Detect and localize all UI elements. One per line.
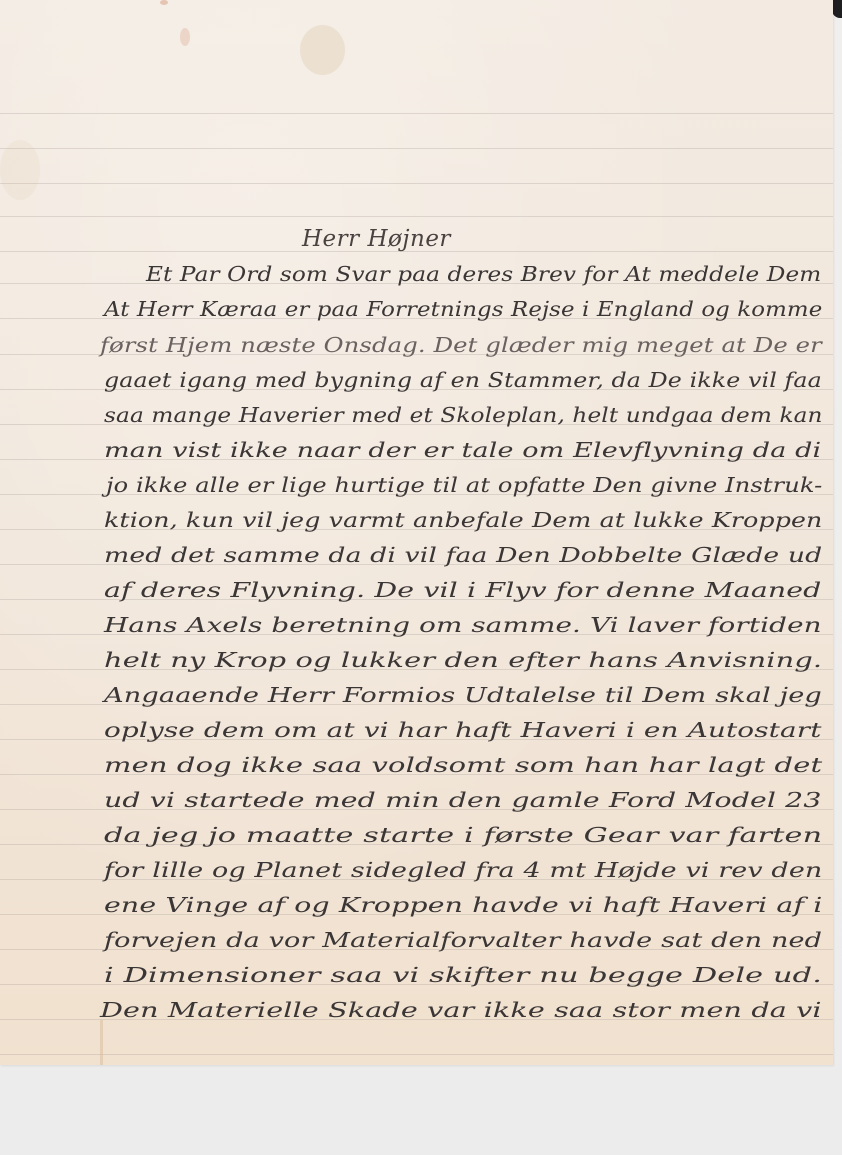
- letter-line: At Herr Kæraa er paa Forretnings Rejse i…: [104, 297, 822, 321]
- letter-line: man vist ikke naar der er tale om Elevfl…: [104, 438, 821, 462]
- paper-stain: [180, 28, 190, 46]
- letter-line: men dog ikke saa voldsomt som han har la…: [104, 753, 822, 777]
- letter-line: gaaet igang med bygning af en Stammer, d…: [104, 368, 822, 392]
- letter-line: helt ny Krop og lukker den efter hans An…: [104, 648, 822, 672]
- scanner-edge-shadow: [832, 0, 842, 18]
- paper-crease: [0, 140, 40, 200]
- ruled-line: [0, 148, 833, 149]
- ruled-line: [0, 216, 833, 217]
- letter-line: Den Materielle Skade var ikke saa stor m…: [100, 998, 822, 1022]
- letter-line: ud vi startede med min den gamle Ford Mo…: [104, 788, 821, 812]
- letter-line: oplyse dem om at vi har haft Haveri i en…: [104, 718, 822, 742]
- letter-line: Et Par Ord som Svar paa deres Brev for A…: [146, 262, 821, 286]
- letter-line: ene Vinge af og Kroppen havde vi haft Ha…: [104, 893, 822, 917]
- ruled-line: [0, 183, 833, 184]
- letter-salutation: Herr Højner: [302, 226, 451, 252]
- letter-line: Hans Axels beretning om samme. Vi laver …: [104, 613, 822, 637]
- letter-line: med det samme da di vil faa Den Dobbelte…: [104, 543, 822, 567]
- letter-line: af deres Flyvning. De vil i Flyv for den…: [104, 578, 821, 602]
- letter-line: jo ikke alle er lige hurtige til at opfa…: [106, 473, 822, 497]
- paper-stain: [300, 25, 345, 75]
- letter-line: ktion, kun vil jeg varmt anbefale Dem at…: [104, 508, 822, 532]
- letter-page: Herr Højner Et Par Ord som Svar paa dere…: [0, 0, 833, 1065]
- letter-line: for lille og Planet sidegled fra 4 mt Hø…: [104, 858, 822, 882]
- paper-stain: [160, 0, 168, 5]
- letter-line: først Hjem næste Onsdag. Det glæder mig …: [100, 333, 822, 357]
- ruled-line: [0, 113, 833, 114]
- letter-line: saa mange Haverier med et Skoleplan, hel…: [104, 403, 823, 427]
- letter-line: forvejen da vor Materialforvalter havde …: [104, 928, 822, 952]
- letter-line: Angaaende Herr Formios Udtalelse til Dem…: [104, 683, 822, 707]
- letter-line: da jeg jo maatte starte i første Gear va…: [104, 823, 822, 847]
- letter-line: i Dimensioner saa vi skifter nu begge De…: [104, 963, 822, 987]
- ruled-line: [0, 1054, 833, 1055]
- paper-fold-mark: [100, 1020, 103, 1065]
